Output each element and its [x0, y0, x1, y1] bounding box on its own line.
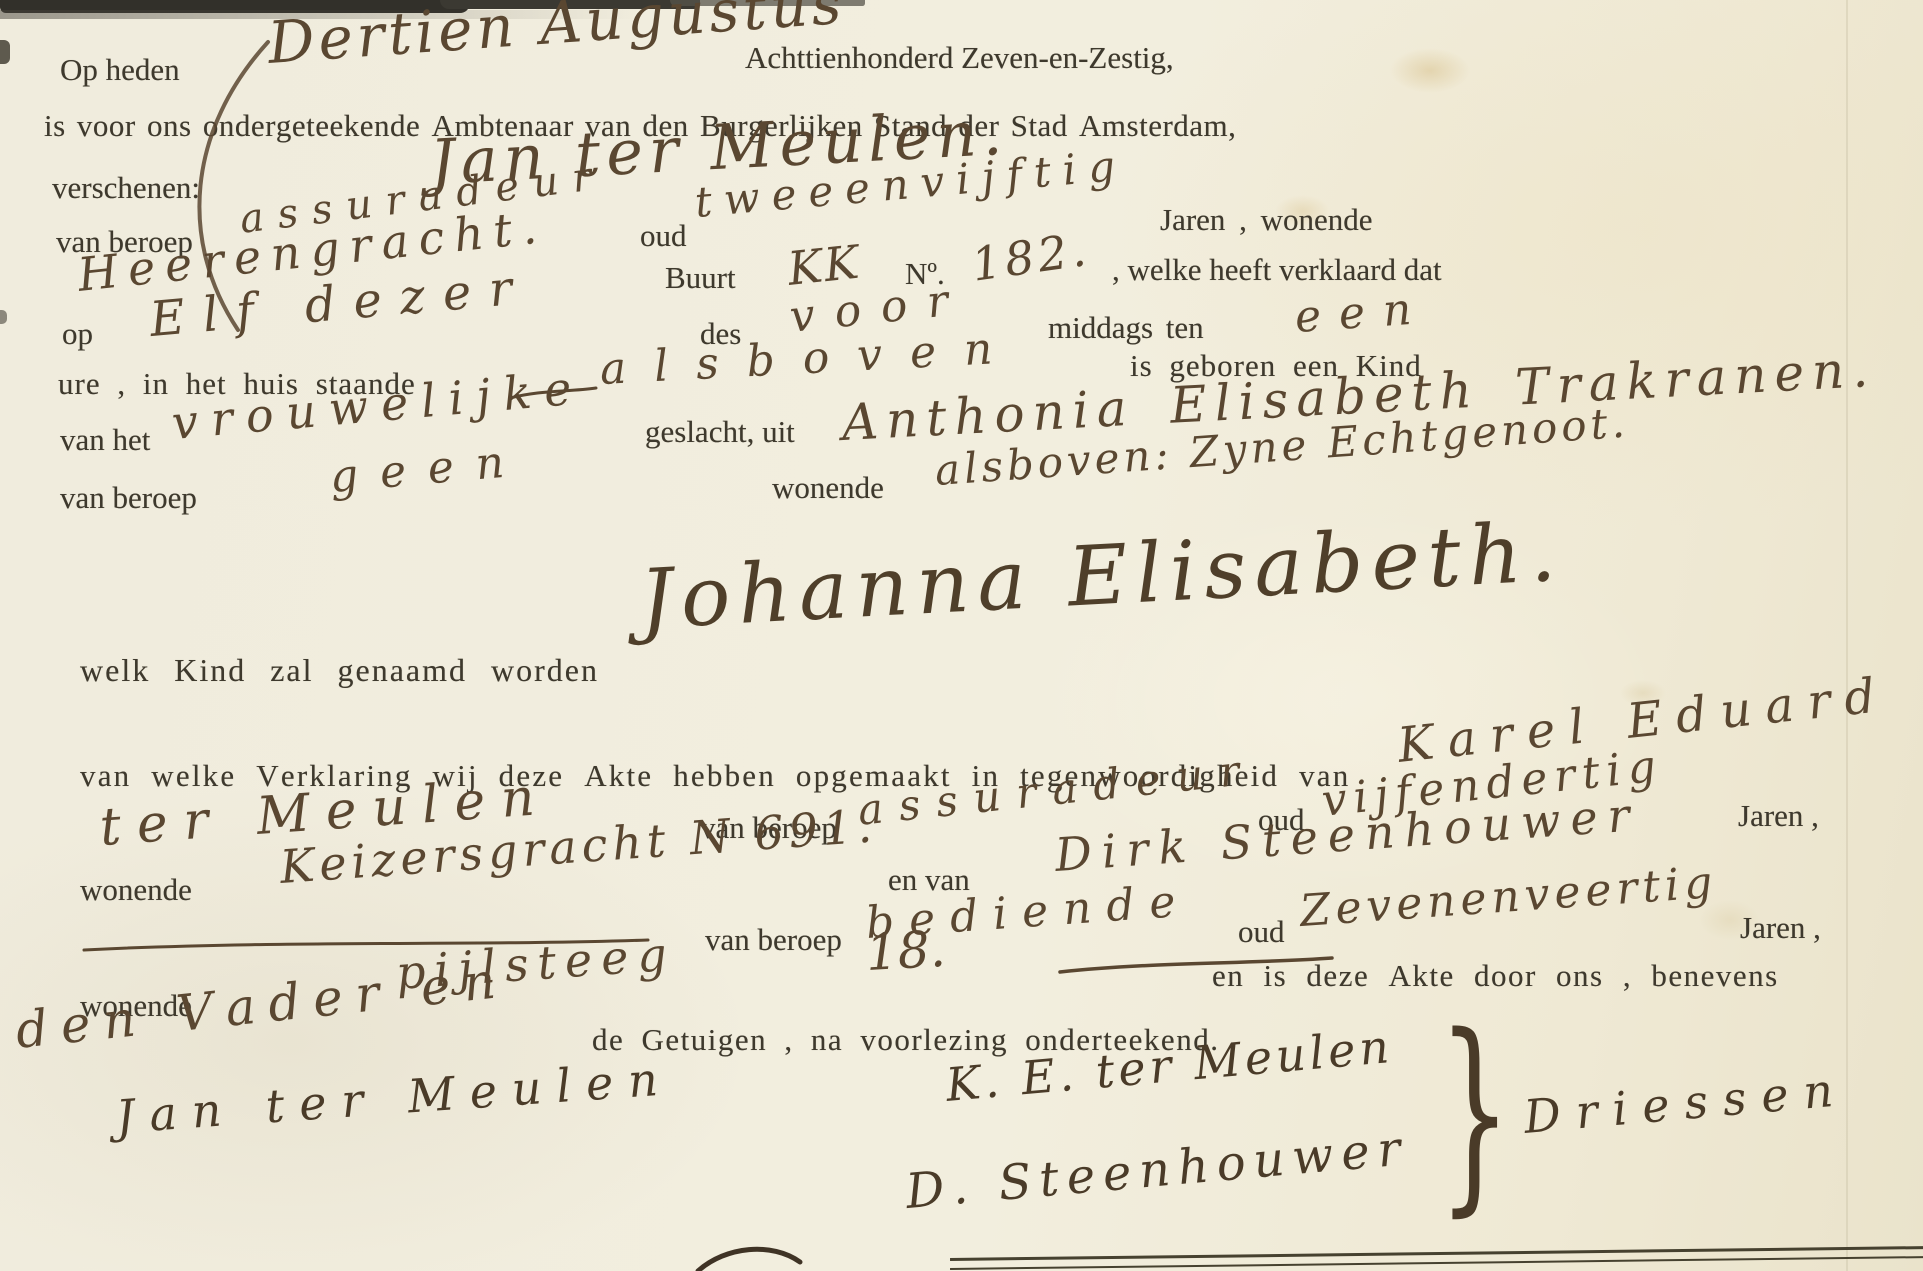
label-geslacht-uit: geslacht, uit [645, 416, 795, 447]
entry-birth-hour: een [1293, 287, 1430, 340]
label-van-het: van het [60, 424, 150, 455]
label-wonende-2: wonende [80, 874, 192, 905]
margin-ink-mark-2 [0, 310, 7, 324]
label-en-is-deze: en is deze Akte door ons , benevens [1212, 960, 1779, 991]
label-welk-kind: welk Kind zal genaamd worden [80, 654, 599, 686]
entry-child-name: Johanna Elisabeth. [638, 512, 1566, 642]
margin-ink-mark [0, 40, 10, 64]
label-buurt: Buurt [665, 262, 736, 293]
label-jaren-3: Jaren , [1740, 912, 1821, 943]
paper-stain [1390, 48, 1470, 93]
label-middags-ten: middags ten [1048, 312, 1204, 343]
label-van-beroep-2: van beroep [60, 482, 197, 513]
entry-buurt-code: KK [786, 239, 863, 292]
entry-witness2-age: Zevenenveertig [1298, 861, 1718, 934]
cutoff-signature-stroke [698, 1249, 800, 1271]
signature-father: Jan ter Meulen [114, 1055, 674, 1140]
entry-witness2-number: 18. [865, 924, 947, 978]
signature-witness2: D. Steenhouwer [904, 1124, 1410, 1216]
entry-mother-occupation: geen [328, 439, 528, 500]
label-jaren-2: Jaren , [1738, 800, 1819, 831]
label-van-beroep-4: van beroep [705, 924, 842, 955]
signature-registrar: Driessen [1522, 1066, 1850, 1140]
label-op-heden: Op heden [60, 54, 180, 85]
label-verschenen: verschenen: [52, 172, 200, 203]
label-year: Achttienhonderd Zeven-en-Zestig, [745, 42, 1174, 73]
label-op: op [62, 318, 93, 349]
certificate-sheet: Op heden Achttienhonderd Zeven-en-Zestig… [0, 0, 1923, 1271]
label-en-van: en van [888, 864, 970, 895]
label-jaren-wonende: Jaren , wonende [1160, 204, 1373, 235]
entry-house-number: 182. [969, 226, 1093, 288]
label-oud-1: oud [640, 220, 687, 251]
label-wonende-1: wonende [772, 472, 884, 503]
signature-brace: } [1438, 1018, 1511, 1207]
entry-father-addendum: den Vader en [13, 954, 510, 1055]
label-welke-heeft: , welke heeft verklaard dat [1112, 254, 1442, 285]
entry-birth-house: alsboven [599, 326, 1022, 392]
label-oud-3: oud [1238, 916, 1285, 947]
